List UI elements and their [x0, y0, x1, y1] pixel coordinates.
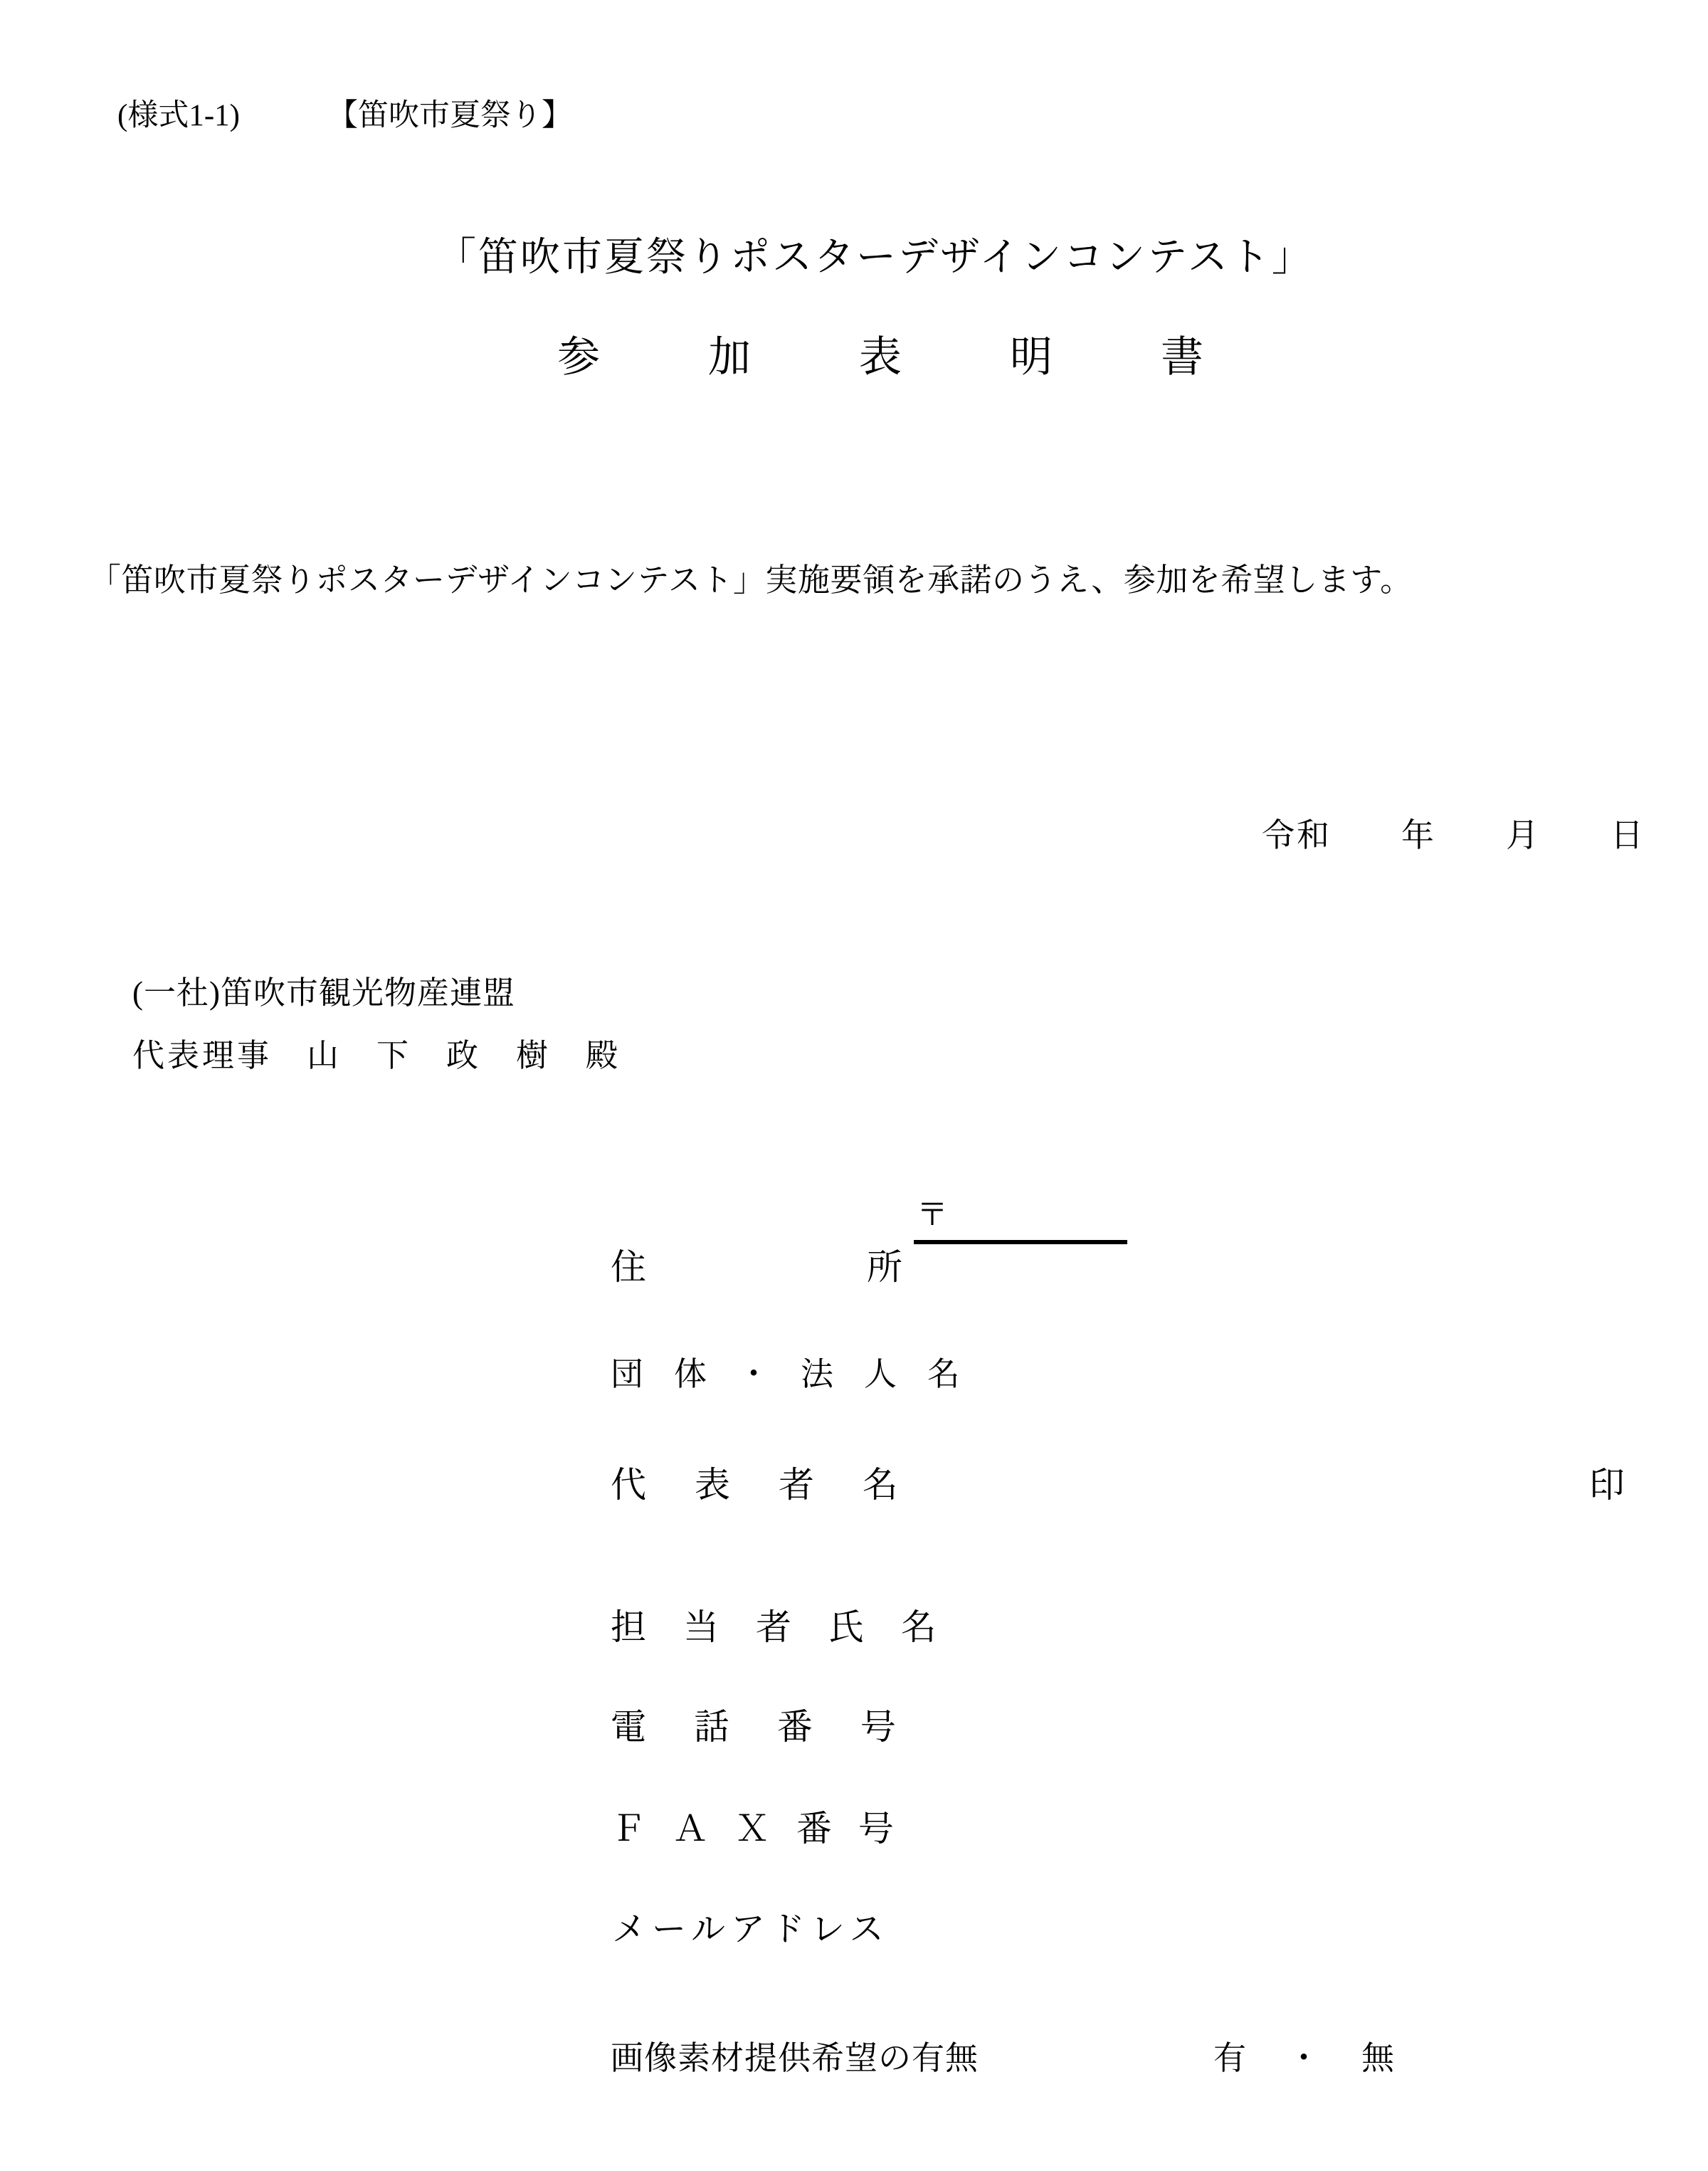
field-label-organization-name: 団体・法人名: [611, 1356, 991, 1394]
postal-code-blank-line: [914, 1240, 1127, 1244]
image-material-options: 有 ・ 無: [1213, 2040, 1398, 2078]
field-label-contact-person: 担当者氏名: [611, 1607, 974, 1649]
field-label-image-material: 画像素材提供希望の有無: [611, 2040, 979, 2078]
addressee-representative: 代表理事 山 下 政 樹 殿: [132, 1038, 621, 1075]
postal-mark: 〒: [917, 1197, 948, 1234]
field-label-fax-number: ＦＡＸ番号: [611, 1809, 920, 1850]
field-label-email-address: メールアドレス: [612, 1910, 890, 1949]
field-label-address: 住所: [611, 1247, 1123, 1288]
form-code-label: (様式1-1): [117, 98, 240, 133]
declaration-sentence: 「笛吹市夏祭りポスターデザインコンテスト」実施要領を承諾のうえ、参加を希望します…: [89, 562, 1413, 599]
document-title: 参加表明書: [557, 333, 1312, 382]
field-label-phone-number: 電話番号: [611, 1707, 944, 1748]
contest-title: 「笛吹市夏祭りポスターデザインコンテスト」: [436, 235, 1314, 280]
addressee-organization: (一社)笛吹市観光物産連盟: [132, 975, 515, 1012]
participation-form-page: (様式1-1) 【笛吹市夏祭り】 「笛吹市夏祭りポスターデザインコンテスト」 参…: [0, 0, 1708, 2171]
event-tag-label: 【笛吹市夏祭り】: [327, 98, 572, 133]
date-line: 令和 年 月 日: [1262, 817, 1645, 855]
seal-mark: 印: [1589, 1465, 1625, 1506]
field-label-representative-name: 代表者名: [611, 1465, 947, 1506]
